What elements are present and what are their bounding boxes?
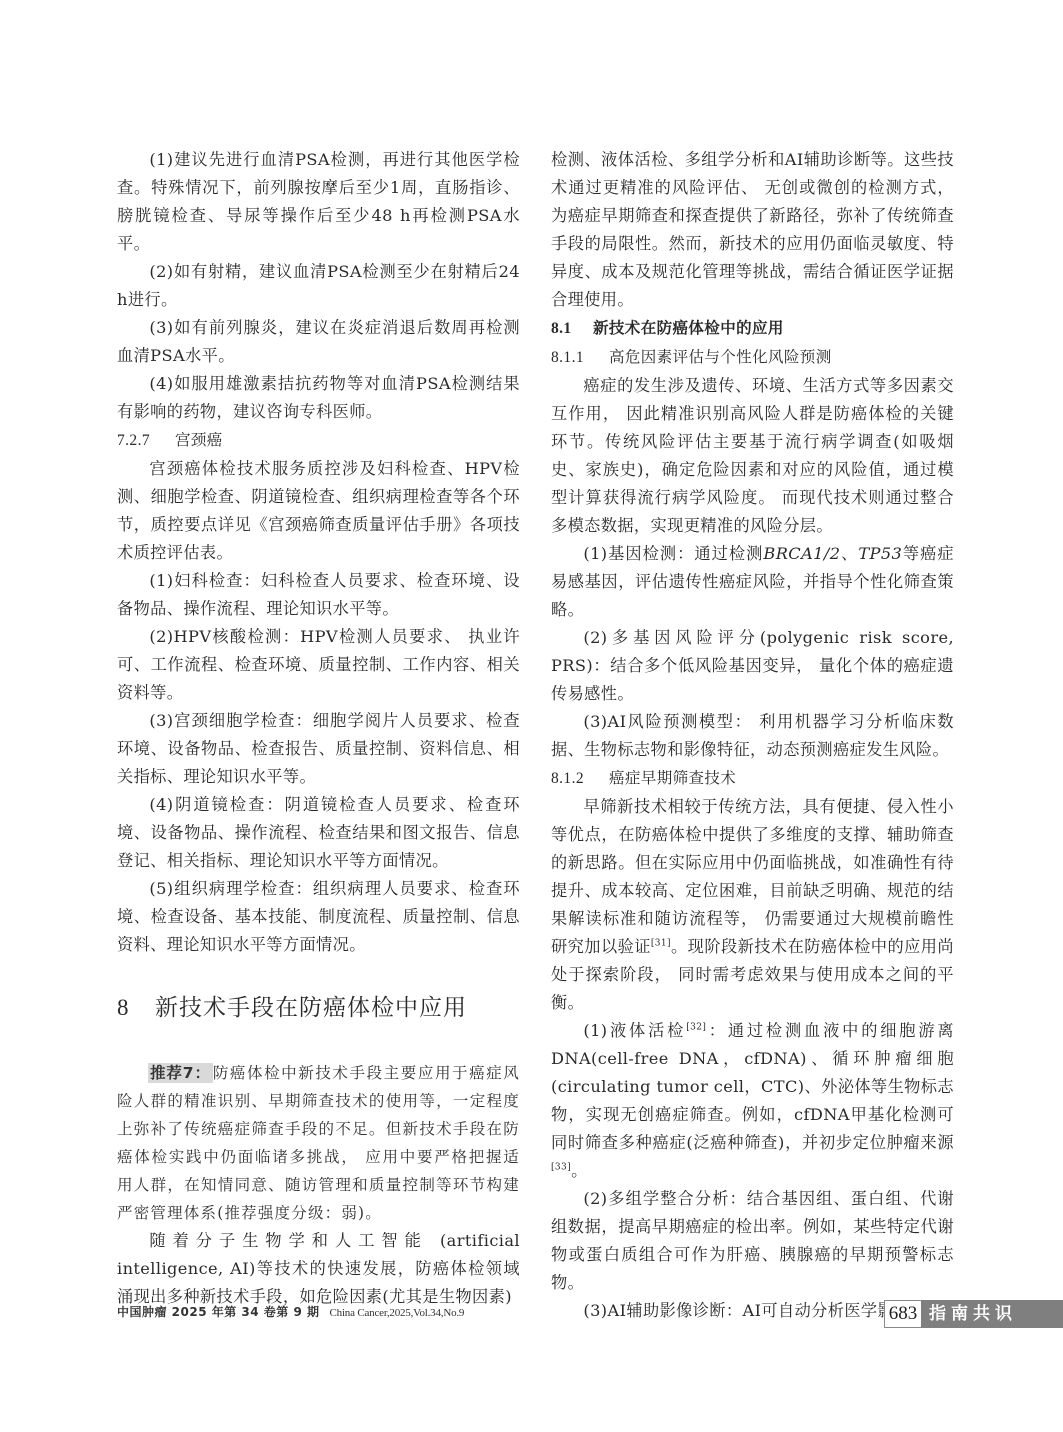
screening-item-1: (1)液体活检[32]：通过检测血液中的细胞游离DNA(cell-free DN… <box>551 1017 954 1185</box>
psa-item-2: (2)如有射精，建议血清PSA检测至少在射精后24 h进行。 <box>117 258 520 314</box>
journal-name-cn: 中国肿瘤 2025 年第 34 卷第 9 期 <box>117 1305 320 1319</box>
new-tech-intro-continued: 检测、液体活检、多组学分析和AI辅助诊断等。这些技术通过更精准的风险评估、 无创… <box>551 146 954 314</box>
separator: 、 <box>840 544 858 563</box>
journal-name-en: China Cancer,2025,Vol.34,No.9 <box>330 1307 465 1319</box>
screening-item-2: (2)多组学整合分析：结合基因组、蛋白组、代谢组数据，提高早期癌症的检出率。例如… <box>551 1185 954 1297</box>
section-heading-8-1: 8.1新技术在防癌体检中的应用 <box>551 314 954 343</box>
screening-item-1-pre: (1)液体活检 <box>583 1021 686 1040</box>
citation-32[interactable]: [32] <box>686 1023 706 1033</box>
section-title: 高危因素评估与个性化风险预测 <box>609 348 832 366</box>
cervical-item-1: (1)妇科检查：妇科检查人员要求、检查环境、设备物品、操作流程、理论知识水平等。 <box>117 567 520 623</box>
recommendation-label: 推荐7： <box>148 1063 213 1083</box>
screening-item-1-post: 。 <box>571 1161 588 1180</box>
section-title: 新技术在防癌体检中的应用 <box>593 319 784 337</box>
left-column: (1)建议先进行血清PSA检测，再进行其他医学检查。特殊情况下，前列腺按摩后至少… <box>117 146 520 1311</box>
cervical-item-3: (3)宫颈细胞学检查：细胞学阅片人员要求、检查环境、设备物品、检查报告、质量控制… <box>117 707 520 791</box>
section-number: 8.1.2 <box>551 765 609 793</box>
psa-item-3: (3)如有前列腺炎，建议在炎症消退后数周再检测血清PSA水平。 <box>117 314 520 370</box>
risk-intro: 癌症的发生涉及遗传、环境、生活方式等多因素交互作用， 因此精准识别高风险人群是防… <box>551 372 954 540</box>
section-heading-7-2-7: 7.2.7宫颈癌 <box>117 426 520 455</box>
recommendation-text: 防癌体检中新技术手段主要应用于癌症风险人群的精准识别、早期筛查技术的使用等，一定… <box>117 1064 520 1222</box>
section-title: 宫颈癌 <box>175 431 223 449</box>
citation-33[interactable]: [33] <box>551 1163 571 1173</box>
citation-31[interactable]: [31] <box>651 939 671 949</box>
right-column: 检测、液体活检、多组学分析和AI辅助诊断等。这些技术通过更精准的风险评估、 无创… <box>551 146 954 1325</box>
section-title: 癌症早期筛查技术 <box>609 769 736 787</box>
screening-intro-text: 早筛新技术相较于传统方法，具有便捷、侵入性小等优点，在防癌体检中提供了多维度的支… <box>551 797 954 956</box>
section-number: 8 <box>117 993 155 1023</box>
section-number: 8.1 <box>551 315 593 343</box>
page-badge: 683 指南共识 <box>884 1300 1063 1330</box>
cervical-item-2: (2)HPV核酸检测：HPV检测人员要求、 执业许可、工作流程、检查环境、质量控… <box>117 623 520 707</box>
cervical-item-5: (5)组织病理学检查：组织病理人员要求、检查环境、检查设备、基本技能、制度流程、… <box>117 875 520 959</box>
section-heading-8-1-1: 8.1.1高危因素评估与个性化风险预测 <box>551 343 954 372</box>
section-heading-8: 8新技术手段在防癌体检中应用 <box>117 993 520 1023</box>
risk-item-3: (3)AI风险预测模型： 利用机器学习分析临床数据、生物标志物和影像特征，动态预… <box>551 708 954 764</box>
psa-item-4: (4)如服用雄激素拮抗药物等对血清PSA检测结果有影响的药物，建议咨询专科医师。 <box>117 370 520 426</box>
screening-intro: 早筛新技术相较于传统方法，具有便捷、侵入性小等优点，在防癌体检中提供了多维度的支… <box>551 793 954 1017</box>
new-tech-intro: 随着分子生物学和人工智能 (artificial intelligence, A… <box>117 1227 520 1311</box>
section-title: 新技术手段在防癌体检中应用 <box>155 995 467 1021</box>
section-tag: 指南共识 <box>921 1300 1063 1328</box>
section-number: 8.1.1 <box>551 344 609 372</box>
risk-item-1: (1)基因检测：通过检测BRCA1/2、TP53等癌症易感基因，评估遗传性癌症风… <box>551 540 954 624</box>
psa-item-1: (1)建议先进行血清PSA检测，再进行其他医学检查。特殊情况下，前列腺按摩后至少… <box>117 146 520 258</box>
gene-tp53: TP53 <box>858 544 902 563</box>
section-number: 7.2.7 <box>117 427 175 455</box>
page-footer: 中国肿瘤 2025 年第 34 卷第 9 期China Cancer,2025,… <box>117 1303 464 1320</box>
page-number: 683 <box>884 1300 921 1328</box>
cervical-intro: 宫颈癌体检技术服务质控涉及妇科检查、HPV检测、细胞学检查、阴道镜检查、组织病理… <box>117 455 520 567</box>
cervical-item-4: (4)阴道镜检查：阴道镜检查人员要求、检查环境、设备物品、操作流程、检查结果和图… <box>117 791 520 875</box>
risk-item-2: (2)多基因风险评分(polygenic risk score, PRS)：结合… <box>551 624 954 708</box>
risk-item-1-pre: (1)基因检测：通过检测 <box>583 544 763 563</box>
gene-brca: BRCA1/2 <box>763 544 840 563</box>
screening-item-1-body: ：通过检测血液中的细胞游离DNA(cell-free DNA，cfDNA)、循环… <box>551 1021 954 1152</box>
section-heading-8-1-2: 8.1.2癌症早期筛查技术 <box>551 764 954 793</box>
recommendation-7: 推荐7：防癌体检中新技术手段主要应用于癌症风险人群的精准识别、早期筛查技术的使用… <box>117 1059 520 1227</box>
